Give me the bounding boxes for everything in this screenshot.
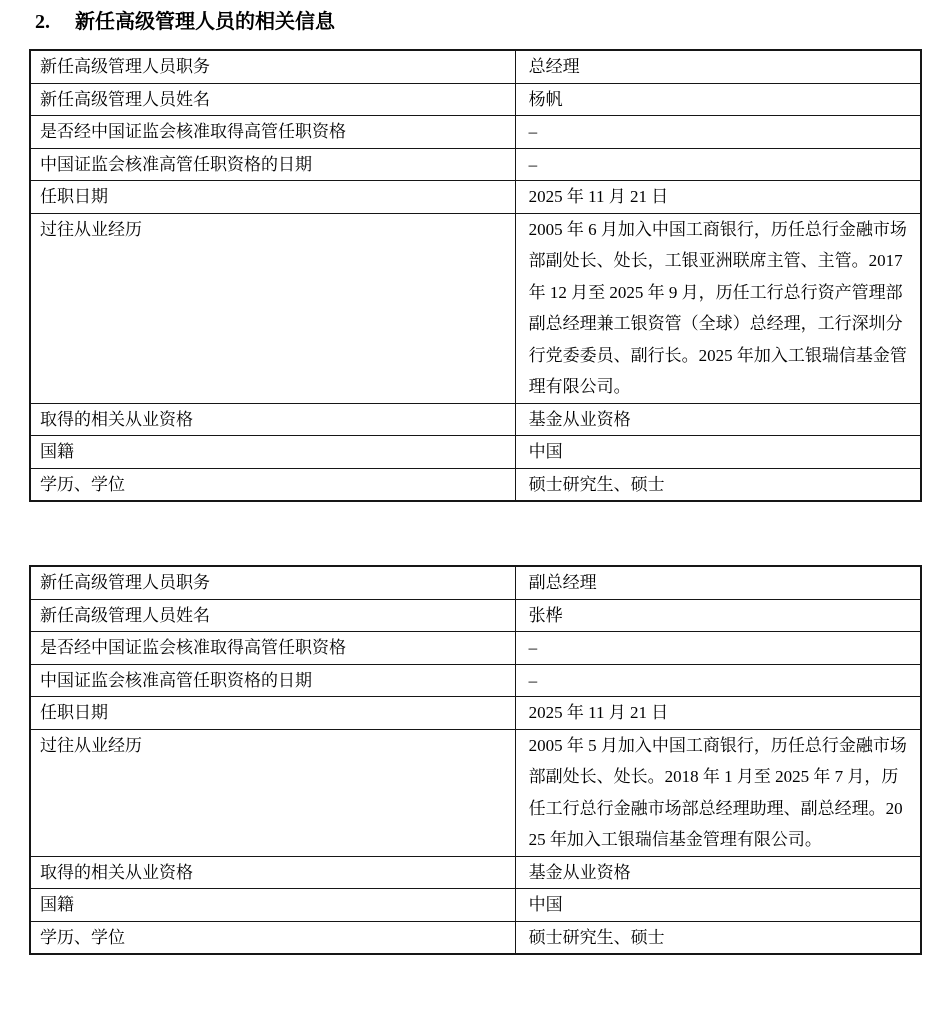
field-label: 新任高级管理人员姓名 <box>30 83 515 116</box>
table-row: 新任高级管理人员职务 总经理 <box>30 50 921 83</box>
manager-info-table-1: 新任高级管理人员职务 总经理 新任高级管理人员姓名 杨帆 是否经中国证监会核准取… <box>29 49 922 502</box>
field-label: 取得的相关从业资格 <box>30 856 515 889</box>
table-row: 是否经中国证监会核准取得高管任职资格 – <box>30 116 921 149</box>
field-value: – <box>515 116 921 149</box>
field-value: 杨帆 <box>515 83 921 116</box>
field-value: 副总经理 <box>515 566 921 599</box>
field-value: 中国 <box>515 889 921 922</box>
field-value: 基金从业资格 <box>515 403 921 436</box>
field-value: 硕士研究生、硕士 <box>515 921 921 954</box>
field-label: 新任高级管理人员职务 <box>30 50 515 83</box>
table-row: 国籍 中国 <box>30 889 921 922</box>
field-label: 取得的相关从业资格 <box>30 403 515 436</box>
field-value: 张桦 <box>515 599 921 632</box>
field-value: 2025 年 11 月 21 日 <box>515 697 921 730</box>
field-value: 2005 年 6 月加入中国工商银行，历任总行金融市场部副处长、处长，工银亚洲联… <box>515 213 921 403</box>
field-label: 任职日期 <box>30 697 515 730</box>
section-title: 新任高级管理人员的相关信息 <box>75 10 335 34</box>
field-value: 硕士研究生、硕士 <box>515 468 921 501</box>
field-value: – <box>515 148 921 181</box>
field-label: 新任高级管理人员姓名 <box>30 599 515 632</box>
table-row: 新任高级管理人员职务 副总经理 <box>30 566 921 599</box>
table-row: 取得的相关从业资格 基金从业资格 <box>30 403 921 436</box>
manager-info-table-2: 新任高级管理人员职务 副总经理 新任高级管理人员姓名 张桦 是否经中国证监会核准… <box>29 565 922 955</box>
field-label: 中国证监会核准高管任职资格的日期 <box>30 664 515 697</box>
table-row: 任职日期 2025 年 11 月 21 日 <box>30 181 921 214</box>
table-row: 新任高级管理人员姓名 张桦 <box>30 599 921 632</box>
table-row: 是否经中国证监会核准取得高管任职资格 – <box>30 632 921 665</box>
field-value: 2025 年 11 月 21 日 <box>515 181 921 214</box>
field-label: 中国证监会核准高管任职资格的日期 <box>30 148 515 181</box>
section-heading: 2. 新任高级管理人员的相关信息 <box>35 10 944 34</box>
field-label: 是否经中国证监会核准取得高管任职资格 <box>30 632 515 665</box>
table-row: 新任高级管理人员姓名 杨帆 <box>30 83 921 116</box>
section-number: 2. <box>35 10 75 34</box>
field-value: – <box>515 664 921 697</box>
field-label: 新任高级管理人员职务 <box>30 566 515 599</box>
field-value: – <box>515 632 921 665</box>
field-value: 基金从业资格 <box>515 856 921 889</box>
field-label: 国籍 <box>30 436 515 469</box>
table-row: 中国证监会核准高管任职资格的日期 – <box>30 148 921 181</box>
table-row: 学历、学位 硕士研究生、硕士 <box>30 468 921 501</box>
table-row: 任职日期 2025 年 11 月 21 日 <box>30 697 921 730</box>
table-row: 中国证监会核准高管任职资格的日期 – <box>30 664 921 697</box>
document-page: 2. 新任高级管理人员的相关信息 新任高级管理人员职务 总经理 新任高级管理人员… <box>0 0 944 1026</box>
field-value: 总经理 <box>515 50 921 83</box>
table-row: 学历、学位 硕士研究生、硕士 <box>30 921 921 954</box>
field-value: 2005 年 5 月加入中国工商银行，历任总行金融市场部副处长、处长。2018 … <box>515 729 921 856</box>
field-value: 中国 <box>515 436 921 469</box>
table-row: 过往从业经历 2005 年 6 月加入中国工商银行，历任总行金融市场部副处长、处… <box>30 213 921 403</box>
field-label: 学历、学位 <box>30 468 515 501</box>
field-label: 国籍 <box>30 889 515 922</box>
table-row: 过往从业经历 2005 年 5 月加入中国工商银行，历任总行金融市场部副处长、处… <box>30 729 921 856</box>
field-label: 学历、学位 <box>30 921 515 954</box>
field-label: 任职日期 <box>30 181 515 214</box>
field-label: 过往从业经历 <box>30 213 515 403</box>
field-label: 是否经中国证监会核准取得高管任职资格 <box>30 116 515 149</box>
table-row: 取得的相关从业资格 基金从业资格 <box>30 856 921 889</box>
table-row: 国籍 中国 <box>30 436 921 469</box>
field-label: 过往从业经历 <box>30 729 515 856</box>
